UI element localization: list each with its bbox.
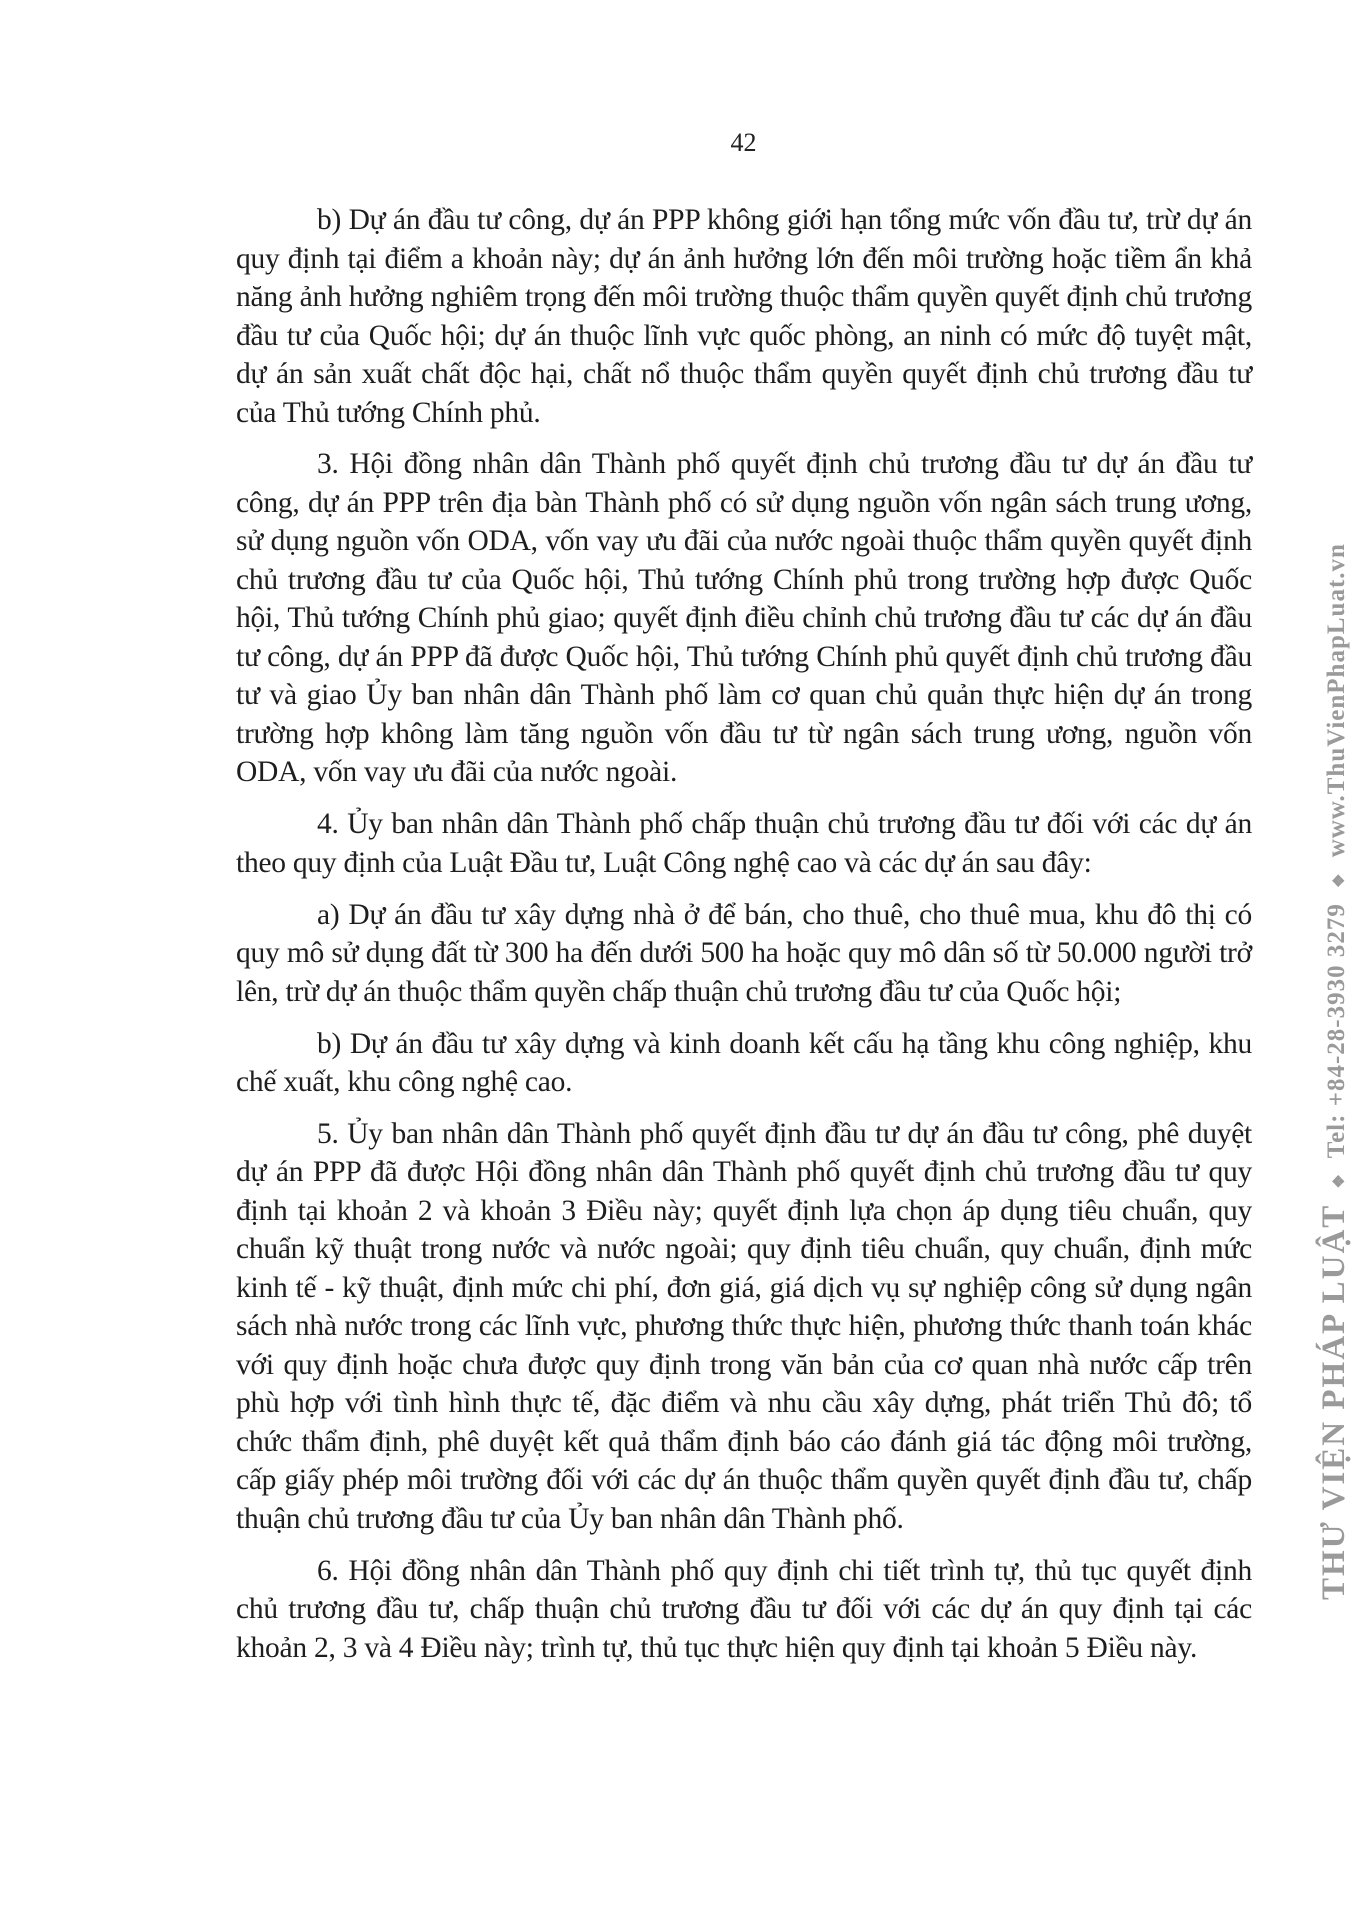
watermark: THƯ VIỆN PHÁP LUẬT ❖ Tel: +84-28-3930 32… — [1316, 543, 1353, 1600]
paragraph-clause-5: 5. Ủy ban nhân dân Thành phố quyết định … — [236, 1115, 1252, 1539]
diamond-separator-icon: ❖ — [1331, 873, 1348, 888]
paragraph-clause-4b: b) Dự án đầu tư xây dựng và kinh doanh k… — [236, 1025, 1252, 1102]
page-number: 42 — [0, 128, 1357, 158]
diamond-separator-icon: ❖ — [1331, 1173, 1348, 1188]
paragraph-2b: b) Dự án đầu tư công, dự án PPP không gi… — [236, 201, 1252, 432]
watermark-title: THƯ VIỆN PHÁP LUẬT — [1316, 1204, 1352, 1600]
paragraph-clause-4: 4. Ủy ban nhân dân Thành phố chấp thuận … — [236, 805, 1252, 882]
document-body: b) Dự án đầu tư công, dự án PPP không gi… — [236, 201, 1252, 1681]
paragraph-clause-6: 6. Hội đồng nhân dân Thành phố quy định … — [236, 1552, 1252, 1668]
paragraph-clause-4a: a) Dự án đầu tư xây dựng nhà ở để bán, c… — [236, 896, 1252, 1012]
watermark-tel: Tel: +84-28-3930 3279 — [1323, 903, 1350, 1158]
watermark-website: www.ThuVienPhapLuat.vn — [1323, 543, 1350, 857]
document-page: 42 b) Dự án đầu tư công, dự án PPP không… — [0, 0, 1357, 1920]
paragraph-clause-3: 3. Hội đồng nhân dân Thành phố quyết địn… — [236, 445, 1252, 792]
